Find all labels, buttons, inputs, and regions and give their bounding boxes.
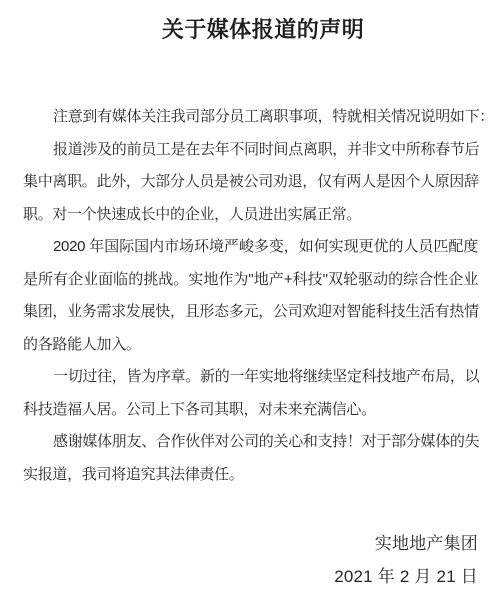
statement-date: 2021 年 2 月 21 日 (334, 560, 478, 593)
statement-line: 实报道，我司将追究其法律责任。 (23, 459, 478, 492)
signature-block: 实地地产集团 2021 年 2 月 21 日 (334, 527, 478, 593)
statement-line: 报道涉及的前员工是在去年不同时间点离职，并非文中所称春节后 (23, 134, 478, 167)
statement-line: 是所有企业面临的挑战。实地作为"地产+科技"双轮驱动的综合性企业 (23, 264, 478, 297)
statement-line: 注意到有媒体关注我司部分员工离职事项，特就相关情况说明如下： (23, 101, 478, 134)
statement-line: 科技造福人居。公司上下各司其职，对未来充满信心。 (23, 394, 478, 427)
statement-body: 注意到有媒体关注我司部分员工离职事项，特就相关情况说明如下： 报道涉及的前员工是… (23, 101, 478, 491)
statement-line: 职。对一个快速成长中的企业，人员进出实属正常。 (23, 199, 478, 232)
statement-line: 集中离职。此外，大部分人员是被公司劝退，仅有两人是因个人原因辞 (23, 166, 478, 199)
statement-line: 感谢媒体朋友、合作伙伴对公司的关心和支持！对于部分媒体的失 (23, 426, 478, 459)
statement-title: 关于媒体报道的声明 (0, 13, 500, 44)
statement-line: 2020 年国际国内市场环境严峻多变，如何实现更优的人员匹配度 (23, 231, 478, 264)
statement-document: { "colors": { "background": "#ffffff", "… (0, 0, 500, 597)
statement-line: 集团，业务需求发展快，且形态多元，公司欢迎对智能科技生活有热情 (23, 296, 478, 329)
statement-line: 的各路能人加入。 (23, 329, 478, 362)
statement-line: 一切过往，皆为序章。新的一年实地将继续坚定科技地产布局，以 (23, 361, 478, 394)
company-signature: 实地地产集团 (334, 527, 478, 560)
